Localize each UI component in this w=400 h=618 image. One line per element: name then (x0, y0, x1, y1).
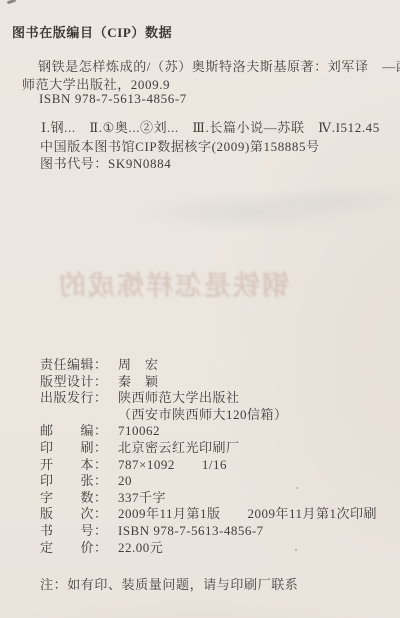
colophon-label: 版型设计： (40, 374, 118, 391)
colophon-value: 陕西师范大学出版社 (118, 390, 390, 407)
colophon-row-address: （西安市陕西师大120信箱） (40, 407, 390, 424)
colophon-value: 710062 (118, 423, 390, 440)
book-code-line: 图书代号：SK9N0884 (40, 153, 171, 172)
colophon-row-publisher: 出版发行： 陕西师范大学出版社 (40, 390, 390, 407)
colophon-value: 20 (118, 473, 390, 490)
colophon-value: （西安市陕西师大120信箱） (118, 407, 390, 424)
colophon-label: 出版发行： (40, 390, 118, 407)
colophon-row-edition: 版 次： 2009年11月第1版 2009年11月第1次印刷 (40, 506, 390, 523)
colophon-row-editor: 责任编辑： 周 宏 (40, 357, 390, 374)
cip-classification-line: Ⅰ.钢... Ⅱ.①奥...②刘... Ⅲ.长篇小说—苏联 Ⅳ.I512.45 (41, 117, 380, 136)
colophon-row-format: 开 本： 787×1092 1/16 (40, 457, 390, 474)
colophon-value: 337千字 (118, 490, 390, 507)
colophon-label: 印 刷： (40, 440, 118, 457)
bleedthrough-title: 钢铁是怎样炼成的 (48, 264, 298, 303)
cip-heading: 图书在版编目（CIP）数据 (12, 22, 172, 41)
colophon-value: 22.00元 (118, 540, 390, 557)
colophon-value: 周 宏 (118, 357, 390, 374)
colophon-label: 邮 编： (40, 423, 118, 440)
colophon-value: ISBN 978-7-5613-4856-7 (118, 523, 390, 540)
colophon-label: 责任编辑： (40, 357, 118, 374)
colophon-row-price: 定 价： 22.00元 (40, 540, 390, 557)
colophon-label (40, 407, 118, 424)
colophon-label: 版 次： (40, 506, 118, 523)
colophon-value: 2009年11月第1版 2009年11月第1次印刷 (118, 506, 390, 523)
colophon-value: 秦 颖 (118, 374, 390, 391)
colophon-value: 北京密云红光印刷厂 (118, 440, 390, 457)
colophon-row-postcode: 邮 编： 710062 (40, 423, 390, 440)
colophon-label: 开 本： (40, 457, 118, 474)
quality-note-line: 注：如有印、装质量问题，请与印刷厂联系 (40, 574, 298, 593)
colophon-row-designer: 版型设计： 秦 颖 (40, 374, 390, 391)
colophon-row-isbn: 书 号： ISBN 978-7-5613-4856-7 (40, 523, 390, 540)
colophon-row-printer: 印 刷： 北京密云红光印刷厂 (40, 440, 390, 457)
colophon-row-sheets: 印 张： 20 (40, 473, 390, 490)
colophon-label: 字 数： (40, 490, 118, 507)
colophon-table: 责任编辑： 周 宏 版型设计： 秦 颖 出版发行： 陕西师范大学出版社 （西安市… (40, 357, 390, 556)
colophon-value: 787×1092 1/16 (118, 457, 390, 474)
colophon-label: 定 价： (40, 540, 118, 557)
colophon-label: 印 张： (40, 473, 118, 490)
scanned-copyright-page: 图书在版编目（CIP）数据 钢铁是怎样炼成的/（苏）奥斯特洛夫斯基原著：刘军译 … (0, 0, 400, 618)
cip-isbn-line: ISBN 978-7-5613-4856-7 (39, 91, 187, 107)
colophon-label: 书 号： (40, 523, 118, 540)
colophon-row-wordcount: 字 数： 337千字 (40, 490, 390, 507)
cip-entry-line-1: 钢铁是怎样炼成的/（苏）奥斯特洛夫斯基原著：刘军译 —西安：陕西 (38, 56, 400, 75)
